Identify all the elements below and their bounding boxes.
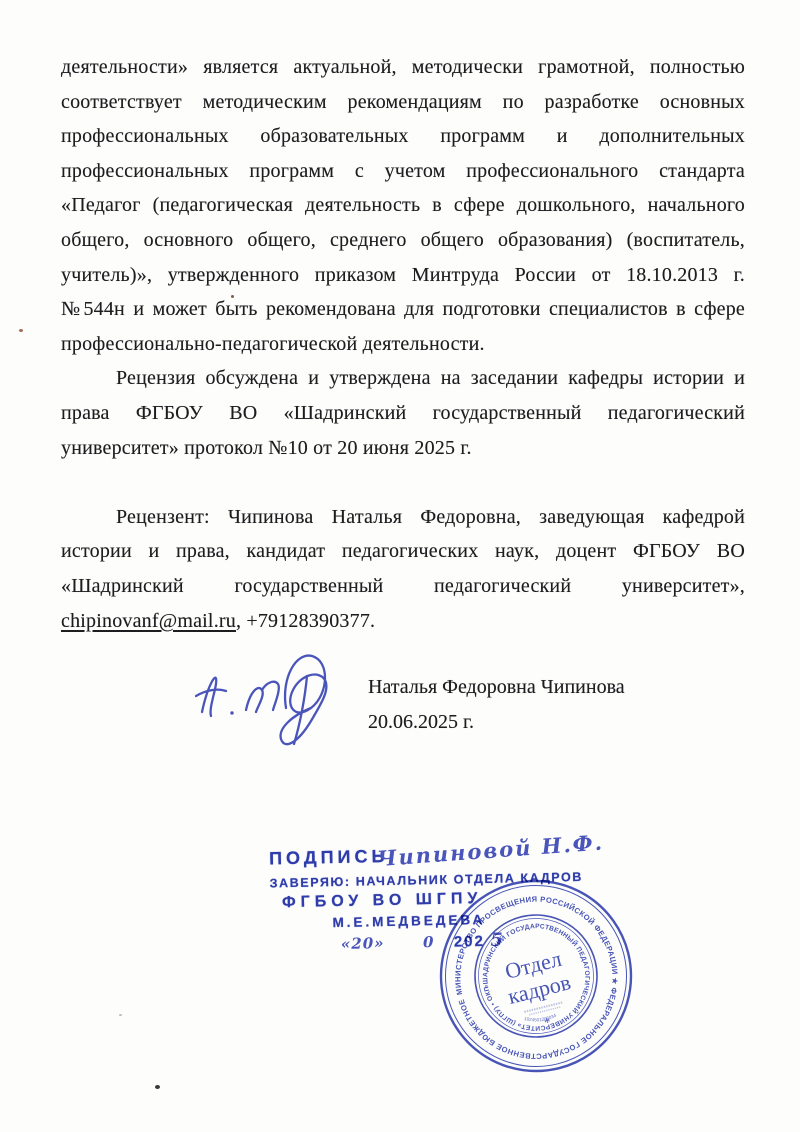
review-body-text: деятельности» является актуальной, метод… <box>61 50 745 638</box>
signer-name: Наталья Федоровна Чипинова <box>368 676 625 699</box>
reviewer-phone: , +79128390377. <box>236 610 375 632</box>
body-line: соответствует методическим рекомендациям… <box>61 85 745 120</box>
body-line: учитель)», утвержденного приказом Минтру… <box>61 258 745 293</box>
signature-date: 20.06.2025 г. <box>368 711 474 734</box>
body-line: права ФГБОУ ВО «Шадринский государственн… <box>61 396 745 431</box>
body-line: профессиональных программ с учетом профе… <box>61 154 745 189</box>
scan-speck <box>19 329 23 332</box>
body-line: истории и права, кандидат педагогических… <box>61 534 745 569</box>
body-line: №544н и может быть рекомендована для под… <box>61 292 745 327</box>
body-line: Рецензия обсуждена и утверждена на засед… <box>61 361 745 396</box>
scan-speck <box>119 1014 122 1016</box>
body-line: деятельности» является актуальной, метод… <box>61 50 745 85</box>
body-line: университет» протокол №10 от 20 июня 202… <box>61 431 745 466</box>
stamp-date-day: «20» <box>341 934 385 953</box>
scan-speck <box>231 295 234 298</box>
body-line: профессиональных образовательных програм… <box>61 119 745 154</box>
body-line: профессионально-педагогической деятельно… <box>61 327 745 362</box>
body-line: «Педагог (педагогическая деятельность в … <box>61 188 745 223</box>
body-line: «Шадринский государственный педагогическ… <box>61 569 745 604</box>
body-line: общего, основного общего, среднего общег… <box>61 223 745 258</box>
blank-line <box>61 465 745 500</box>
reviewer-email: chipinovanf@mail.ru <box>61 610 236 632</box>
handwritten-signature <box>188 646 383 756</box>
contact-line: chipinovanf@mail.ru, +79128390377. <box>61 604 745 639</box>
stamp-signature-label: ПОДПИСЬ Чипиновой Н.Ф. <box>269 842 599 870</box>
scan-speck <box>155 1085 160 1089</box>
scanned-review-page: деятельности» является актуальной, метод… <box>0 0 800 1132</box>
body-line: Рецензент: Чипинова Наталья Федоровна, з… <box>61 500 745 535</box>
